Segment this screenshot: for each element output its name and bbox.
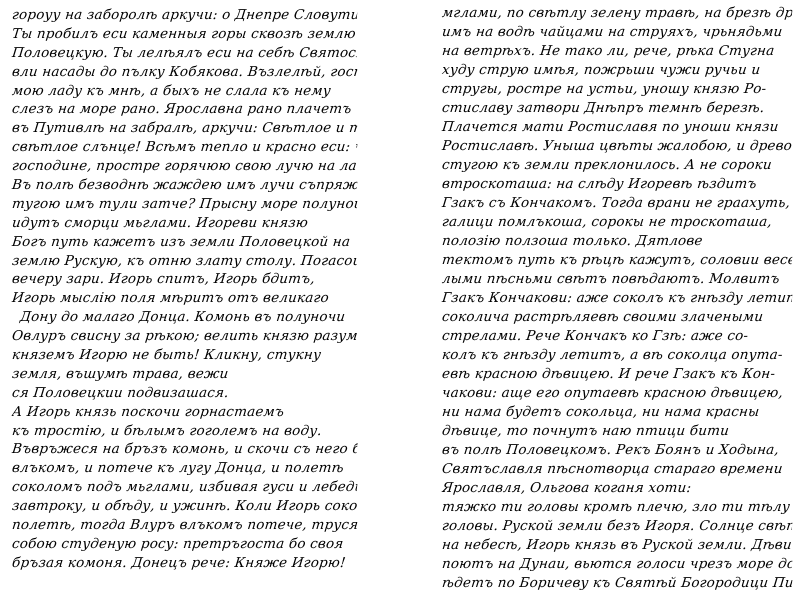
manuscript-line: стрелами. Рече Кончакъ ко Гзѣ: аже со- bbox=[441, 327, 793, 346]
manuscript-line: слезъ на море рано. Ярославна рано плаче… bbox=[11, 100, 358, 119]
right-page-lines: мглами, по свѣтлу зелену травѣ, на брезѣ… bbox=[442, 4, 792, 593]
manuscript-line: стиславу затвори Днѣпръ темнѣ березѣ. bbox=[441, 99, 793, 118]
manuscript-line: на ветрѣхъ. Не тако ли, рече, рѣка Стугн… bbox=[441, 42, 793, 61]
manuscript-line: худу струю имѣя, пожрьши чужи ручьи и bbox=[441, 61, 793, 80]
manuscript-line: соколомъ подъ мьглами, избивая гуси и ле… bbox=[11, 478, 358, 497]
manuscript-line: Богъ путь кажетъ изъ земли Половецкой на bbox=[11, 233, 358, 252]
left-page-lines: гороуу на заборолѣ аркучи: о Днепре Слов… bbox=[12, 6, 357, 573]
manuscript-line: головы. Руской земли безъ Игоря. Солнце … bbox=[441, 517, 793, 536]
manuscript-line: втроскоташа: на слѣду Игоревѣ ѣздитъ bbox=[441, 175, 793, 194]
manuscript-line: Плачется мати Ростиславя по уноши князи bbox=[441, 118, 793, 137]
manuscript-line: галици помлъкоша, сорокы не троскоташа, bbox=[441, 213, 793, 232]
manuscript-line: къ тростію, и бѣлымъ гоголемъ на воду. bbox=[11, 422, 358, 441]
manuscript-line: стугою къ земли преклонилось. А не сорок… bbox=[441, 156, 793, 175]
manuscript-line: тектомъ путь къ рѣцѣ кажутъ, соловии вес… bbox=[441, 251, 793, 270]
manuscript-line: землю Рускую, къ отню злату столу. Погас… bbox=[11, 252, 358, 271]
manuscript-line: евѣ красною дѣвицею. И рече Гзакъ къ Кон… bbox=[441, 365, 793, 384]
manuscript-line: ни нама будетъ сокольца, ни нама красны bbox=[441, 403, 793, 422]
manuscript-line: въ полѣ Половецкомъ. Рекъ Боянъ и Ходына… bbox=[441, 441, 793, 460]
manuscript-line: мою ладу къ мнѣ, а быхъ не слала къ нему bbox=[11, 82, 358, 101]
manuscript-line: на небесѣ, Игорь князь въ Руской земли. … bbox=[441, 536, 793, 555]
manuscript-line: дѣвице, то почнутъ наю птици бити bbox=[441, 422, 793, 441]
manuscript-line: собою студеную росу: претръгоста бо своя bbox=[11, 535, 358, 554]
manuscript-line: вечеру зари. Игорь спитъ, Игорь бдитъ, bbox=[11, 270, 358, 289]
manuscript-line: тяжко ти головы кромѣ плечю, зло ти тѣлу… bbox=[441, 498, 793, 517]
manuscript-line: земля, въшумѣ трава, вежи bbox=[11, 365, 358, 384]
manuscript-line: Въ полѣ безводнѣ жаждею имъ лучи съпряже… bbox=[11, 176, 358, 195]
manuscript-line: колъ къ гнѣзду летитъ, а вѣ соколца опут… bbox=[441, 346, 793, 365]
manuscript-line: Ты пробилъ еси каменныя горы сквозѣ земл… bbox=[11, 25, 358, 44]
manuscript-line: гороуу на заборолѣ аркучи: о Днепре Слов… bbox=[11, 6, 358, 25]
manuscript-line: Въвръжеся на бръзъ комонь, и скочи съ не… bbox=[11, 440, 358, 459]
manuscript-line: имъ на водѣ чайцами на струяхъ, чрьнядьм… bbox=[441, 23, 793, 42]
manuscript-page-left: гороуу на заборолѣ аркучи: о Днепре Слов… bbox=[0, 0, 400, 593]
manuscript-line: лыми пѣсньми свѣтъ повѣдаютъ. Молвитъ bbox=[441, 270, 793, 289]
manuscript-line: княземъ Игорю не быть! Кликну, стукну bbox=[11, 346, 358, 365]
manuscript-line: бръзая комоня. Донецъ рече: Княже Игорю! bbox=[11, 554, 358, 573]
manuscript-line: стругы, ростре на устьи, уношу князю Ро- bbox=[441, 80, 793, 99]
manuscript-line: мглами, по свѣтлу зелену травѣ, на брезѣ… bbox=[441, 4, 793, 23]
manuscript-line: полетѣ, тогда Влуръ влъкомъ потече, трус… bbox=[11, 516, 358, 535]
manuscript-line: Ростиславѣ. Уныша цвѣты жалобою, и древо bbox=[441, 137, 793, 156]
manuscript-line: полозію ползоша только. Дятлове bbox=[441, 232, 793, 251]
manuscript-line: вли насады до пълку Кобякова. Възлелѣй, … bbox=[11, 63, 358, 82]
manuscript-line: Гзакъ съ Кончакомъ. Тогда врани не граах… bbox=[441, 194, 793, 213]
manuscript-line: ѣдетъ по Боричеву къ Святѣй Богородици П… bbox=[441, 574, 793, 593]
manuscript-line: А Игорь князь поскочи горнастаемъ bbox=[11, 403, 358, 422]
manuscript-line: завтроку, и обѣду, и ужинѣ. Коли Игорь с… bbox=[11, 497, 358, 516]
manuscript-line: Гзакъ Кончакови: аже соколъ къ гнѣзду ле… bbox=[441, 289, 793, 308]
manuscript-line: Половецкую. Ты лелѣялъ еси на себѣ Свято… bbox=[11, 44, 358, 63]
manuscript-line: влъкомъ, и потече къ лугу Донца, и полет… bbox=[11, 459, 358, 478]
manuscript-line: въ Путивлѣ на забралѣ, аркучи: Свѣтлое и… bbox=[11, 119, 358, 138]
manuscript-line: чакови: аще его опутаевѣ красною дѣвицею… bbox=[441, 384, 793, 403]
manuscript-line: Игорь мыслію поля мѣритъ отъ великаго bbox=[11, 289, 358, 308]
manuscript-line: Ярославля, Ольгова коганя хоти: bbox=[441, 479, 793, 498]
manuscript-line: свѣтлое слънце! Всѣмъ тепло и красно еси… bbox=[11, 138, 358, 157]
manuscript-line: поютъ на Дунаи, вьются голоси чрезъ море… bbox=[441, 555, 793, 574]
manuscript-line: идутъ сморци мьглами. Игореви князю bbox=[11, 214, 358, 233]
manuscript-line: ся Половецкии подвизашася. bbox=[11, 384, 358, 403]
manuscript-page-right: мглами, по свѣтлу зелену травѣ, на брезѣ… bbox=[400, 0, 800, 593]
manuscript-line: тугою имъ тули затче? Прысну море полуно… bbox=[11, 195, 358, 214]
manuscript-line: Святъславля пѣснотворца стараго времени bbox=[441, 460, 793, 479]
manuscript-line: Дону до малаго Донца. Комонь въ полуночи bbox=[11, 308, 358, 327]
manuscript-line: господине, простре горячюю свою лучю на … bbox=[11, 157, 358, 176]
manuscript-line: соколича растрѣляевѣ своими злачеными bbox=[441, 308, 793, 327]
manuscript-line: Овлуръ свисну за рѣкою; велить князю раз… bbox=[11, 327, 358, 346]
